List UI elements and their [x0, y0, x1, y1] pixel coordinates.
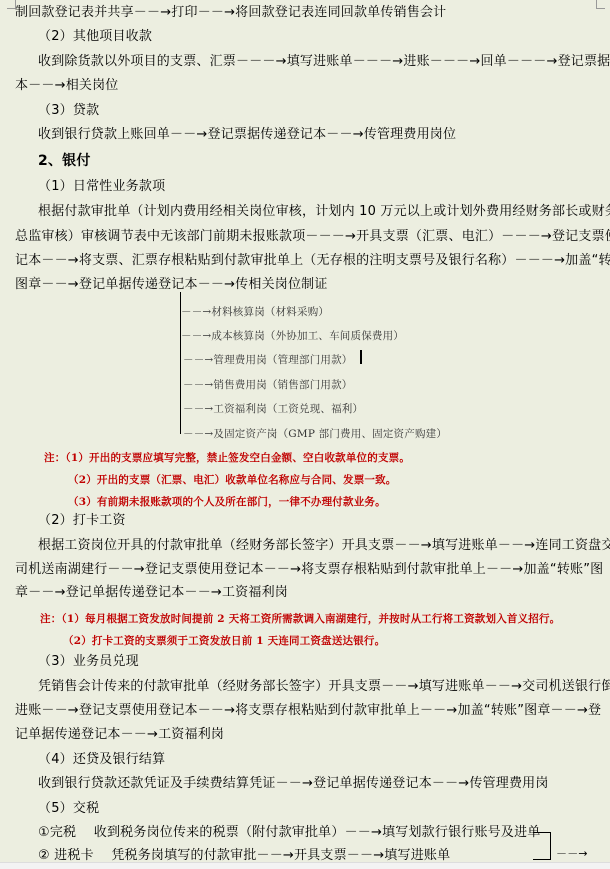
page-corner-top-right	[596, 0, 605, 9]
text-line: 记本－－→将支票、汇票存根粘贴到付款审批单上（无存根的注明支票号及银行名称）－－…	[15, 253, 610, 269]
note-line: 注：（1）开出的支票应填写完整，禁止签发空白金额、空白收款单位的支票。	[44, 450, 410, 466]
subheading: （3）贷款	[38, 103, 99, 119]
text-line: 总监审核）审核调节表中无该部门前期未报账款项－－－→开具支票（汇票、电汇）－－－…	[15, 229, 610, 245]
text-line: 根据工资岗位开具的付款审批单（经财务部长签字）开具支票－－→填写进账单－－→连同…	[38, 538, 610, 554]
note-line: （3）有前期未报账款项的个人及所在部门，一律不办理付款业务。	[68, 494, 386, 510]
text-line: 图章－－→登记单据传递登记本－－→传相关岗位制证	[15, 277, 328, 293]
text-line: 司机送南湖建行－－→登记支票使用登记本－－→将支票存根粘贴到付款审批单上－－→加…	[15, 562, 603, 578]
branch-item: －－→成本核算岗（外协加工、车间质保费用）	[181, 328, 404, 344]
text-line: 记单据传递登记本－－→工资福利岗	[15, 727, 224, 743]
branch-item: －－→材料核算岗（材料采购）	[181, 304, 329, 320]
subheading: （2）其他项目收款	[38, 29, 152, 45]
text-line: 进账－－→登记支票使用登记本－－→将支票存根粘贴到付款审批单上－－→加盖“转账”…	[15, 703, 601, 719]
bracket-bottom-line	[533, 859, 551, 860]
text-line: 收到银行贷款还款凭证及手续费结算凭证－－→登记单据传递登记本－－→传管理费用岗	[38, 776, 549, 792]
branch-item: －－→管理费用岗（管理部门用款）	[183, 352, 353, 368]
page-bottom-edge	[0, 862, 610, 869]
subheading: （4）还贷及银行结算	[38, 752, 165, 768]
text-line: 根据付款审批单（计划内费用经相关岗位审核，计划内 10 万元以上或计划外费用经财…	[38, 204, 610, 220]
subheading: （5）交税	[38, 801, 99, 817]
text-line: 本－－→相关岗位	[15, 78, 119, 94]
text-line: 章－－→登记单据传递登记本－－→工资福利岗	[15, 585, 288, 601]
section-heading: 2、银付	[38, 153, 91, 169]
text-line: ①完税 收到税务岗位传来的税票（附付款审批单）－－→填写划款行银行账号及进单	[38, 825, 540, 841]
text-line: 凭销售会计传来的付款审批单（经财务部长签字）开具支票－－→填写进账单－－→交司机…	[38, 679, 610, 695]
branch-item: －－→及固定资产岗（GMP 部门费用、固定资产购建）	[183, 426, 447, 442]
bracket-right-line	[550, 832, 551, 860]
bracket-top-line	[533, 832, 551, 833]
text-line: 收到除货款以外项目的支票、汇票－－－→填写进账单－－－→进账－－－→回单－－－→…	[38, 54, 610, 70]
note-line: （2）打卡工资的支票须于工资发放日前 1 天连同工资盘送达银行。	[63, 633, 385, 649]
text-line: 制回款登记表并共享－－→打印－－→将回款登记表连同回款单传销售会计	[15, 5, 446, 21]
text-cursor	[360, 350, 362, 364]
branch-item: －－→销售费用岗（销售部门用款）	[183, 377, 353, 393]
bracket-arrow: －－→	[556, 846, 588, 862]
note-line: 注：（1）每月根据工资发放时间提前 2 天将工资所需款调入南湖建行，并按时从工行…	[40, 611, 560, 627]
subheading: （2）打卡工资	[38, 513, 126, 529]
subheading: （1）日常性业务款项	[38, 179, 165, 195]
subheading: （3）业务员兑现	[38, 654, 139, 670]
note-line: （2）开出的支票（汇票、电汇）收款单位名称应与合同、发票一致。	[68, 472, 397, 488]
text-line: 收到银行贷款上账回单－－→登记票据传递登记本－－→传管理费用岗位	[38, 127, 456, 143]
branch-item: －－→工资福利岗（工资兑现、福利）	[183, 401, 363, 417]
